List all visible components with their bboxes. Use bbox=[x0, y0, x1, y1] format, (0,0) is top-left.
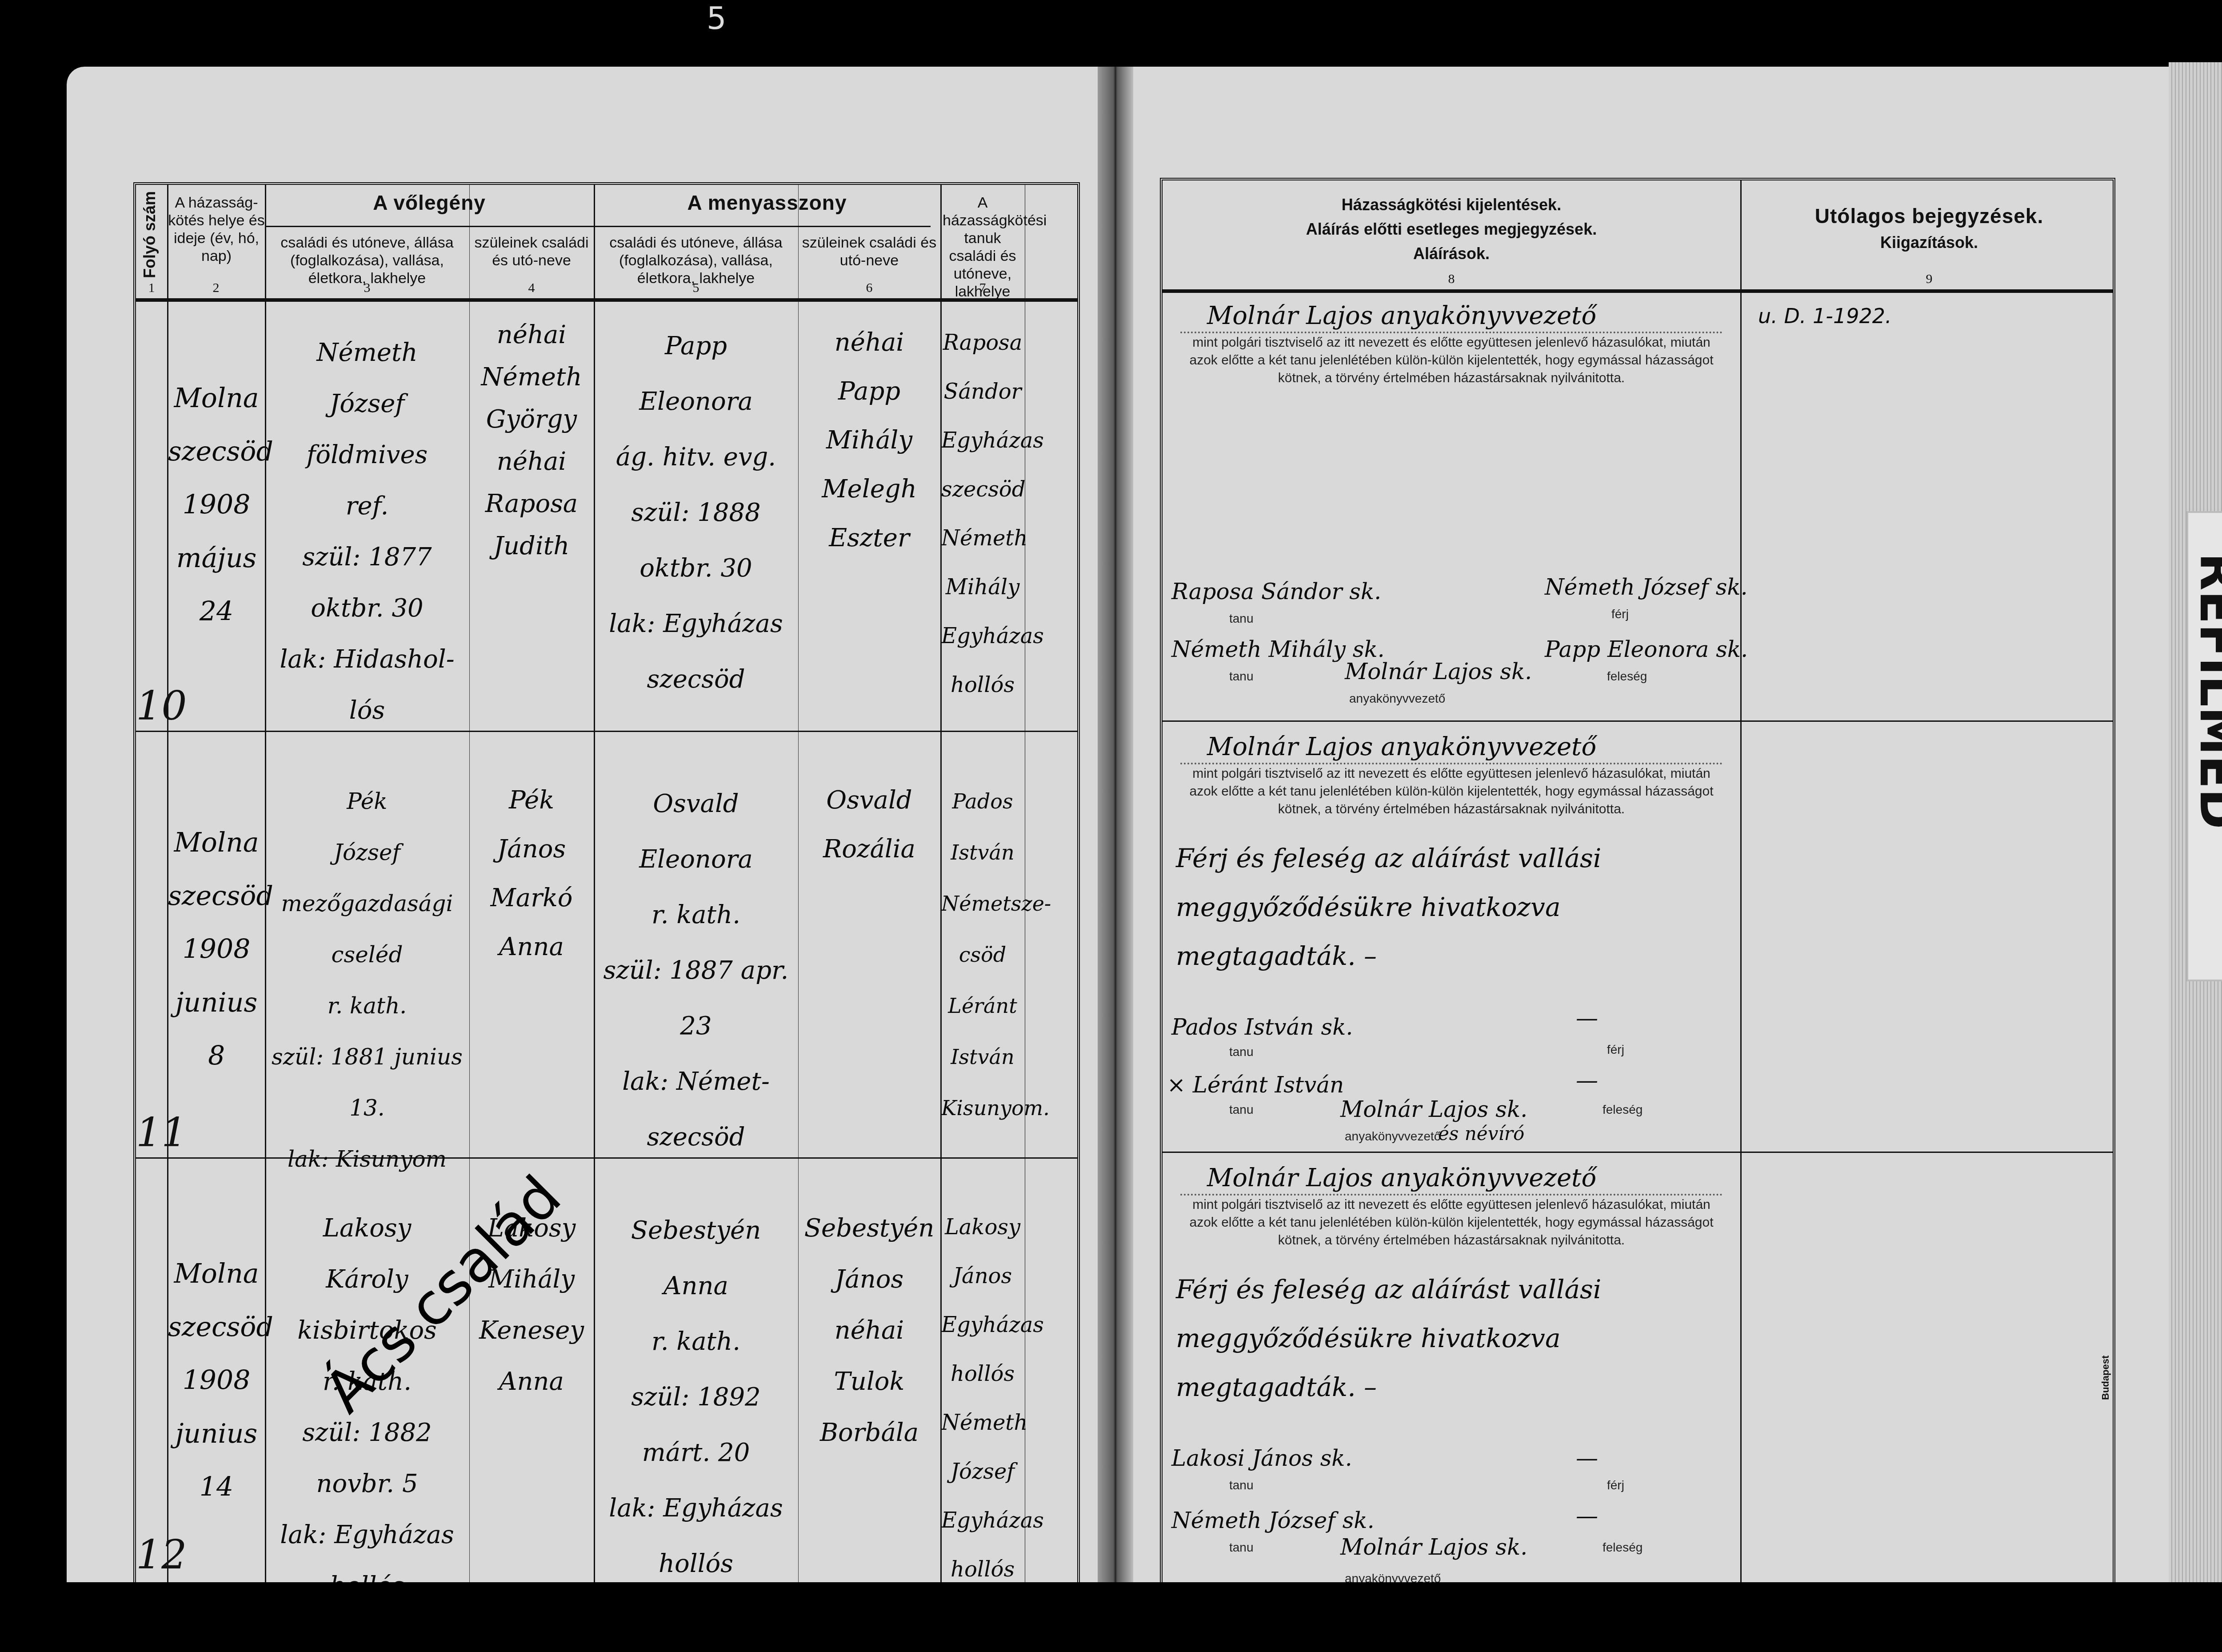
witness-label: tanu bbox=[1229, 669, 1254, 684]
registrar-line: Molnár Lajos anyakönyvvezető bbox=[1207, 732, 1596, 763]
intentionally-refilmed-stamp: INTENTIONALLY REFILMED bbox=[2186, 511, 2222, 981]
marriage-register-right-table: Házasságkötési kijelentések. Aláírás elő… bbox=[1160, 178, 2115, 1604]
signature-registrar: Molnár Lajos sk. bbox=[1345, 656, 1532, 687]
signature-wife: Papp Eleonora sk. bbox=[1545, 634, 1748, 665]
header-col2: A házasság-kötés helye és ideje (év, hó,… bbox=[168, 194, 265, 265]
later-entry-note: u. D. 1-1922. bbox=[1758, 300, 1892, 332]
declaration-text: mint polgári tisztviselő az itt nevezett… bbox=[1180, 765, 1722, 818]
entry-witnesses: Pados István Németsze- csöd Léránt Istvá… bbox=[941, 776, 1024, 1134]
header-col3: családi és utóneve, állása (foglalkozása… bbox=[267, 234, 467, 287]
header-col5: családi és utóneve, állása (foglalkozása… bbox=[596, 234, 796, 287]
entry-groom: Pék József mezőgazdasági cseléd r. kath.… bbox=[266, 776, 468, 1185]
entry-bride: Papp Eleonora ág. hitv. evg. szül: 1888 … bbox=[595, 318, 797, 707]
entry-place-date: Molna szecsöd 1908 junius 14 bbox=[168, 1247, 265, 1514]
dotted-line bbox=[1180, 763, 1722, 764]
col-number: 1 bbox=[136, 280, 167, 296]
header-col8-line1: Házasságkötési kijelentések. bbox=[1163, 196, 1740, 214]
entry-groom-parents: néhai Németh György néhai Raposa Judith bbox=[470, 314, 593, 567]
row-divider bbox=[1163, 720, 2113, 722]
entry-place-date: Molna szecsöd 1908 május 24 bbox=[168, 372, 265, 638]
signature-witness-1: Raposa Sándor sk. bbox=[1171, 576, 1381, 607]
book-gutter bbox=[1098, 67, 1133, 1649]
registrar-suffix: és névíró bbox=[1438, 1118, 1524, 1149]
wife-label: feleség bbox=[1607, 669, 1647, 684]
stamp-line-2: REFILMED bbox=[2189, 553, 2222, 829]
marriage-register-left-table: Folyó szám A házasság-kötés helye és ide… bbox=[133, 182, 1080, 1640]
husband-label: férj bbox=[1607, 1043, 1624, 1057]
col-number: 8 bbox=[1163, 272, 1740, 287]
dotted-line bbox=[1180, 1194, 1722, 1196]
col-number: 5 bbox=[594, 280, 798, 296]
registrar-line: Molnár Lajos anyakönyvvezető bbox=[1207, 300, 1596, 332]
declaration-text: mint polgári tisztviselő az itt nevezett… bbox=[1180, 1196, 1722, 1249]
col-number: 4 bbox=[469, 280, 594, 296]
entry-number: 10 bbox=[136, 683, 187, 729]
signature-registrar: Molnár Lajos sk. bbox=[1340, 1532, 1527, 1563]
entry-bride-parents: Sebestyén János néhai Tulok Borbála bbox=[799, 1203, 939, 1458]
entry-number: 12 bbox=[136, 1532, 187, 1578]
signature-witness-1: Pados István sk. bbox=[1171, 1012, 1353, 1043]
col-number: 2 bbox=[167, 280, 265, 296]
registrar-line: Molnár Lajos anyakönyvvezető bbox=[1207, 1163, 1596, 1194]
wife-label: feleség bbox=[1603, 1103, 1643, 1117]
printer-mark: Budapest bbox=[2100, 1356, 2111, 1400]
wife-label: feleség bbox=[1603, 1540, 1643, 1555]
header-bottom-rule bbox=[1163, 289, 2113, 293]
signature-husband: — bbox=[1576, 1443, 1598, 1474]
col-divider bbox=[469, 185, 470, 1637]
witness-label: tanu bbox=[1229, 1478, 1254, 1492]
declaration-text: mint polgári tisztviselő az itt nevezett… bbox=[1180, 334, 1722, 387]
header-col8-line2: Aláírás előtti esetleges megjegyzések. bbox=[1163, 220, 1740, 238]
header-col4: szüleinek családi és utó-neve bbox=[472, 234, 591, 269]
witness-label: tanu bbox=[1229, 1045, 1254, 1059]
entry-groom-parents: Pék János Markó Anna bbox=[470, 776, 593, 972]
header-col8-line3: Aláírások. bbox=[1163, 245, 1740, 263]
signature-witness-1: Lakosi János sk. bbox=[1171, 1443, 1352, 1474]
entry-place-date: Molna szecsöd 1908 junius 8 bbox=[168, 816, 265, 1083]
witness-label: tanu bbox=[1229, 1103, 1254, 1117]
entry-witnesses: Raposa Sándor Egyházas szecsöd Németh Mi… bbox=[941, 318, 1024, 709]
header-col9-line1: Utólagos bejegyzések. bbox=[1740, 207, 2118, 225]
husband-label: férj bbox=[1607, 1478, 1624, 1492]
remark-refusal: Férj és feleség az aláírást vallási megg… bbox=[1176, 834, 1727, 980]
header-col9-line2: Kiigazítások. bbox=[1740, 234, 2118, 252]
col-number: 6 bbox=[798, 280, 940, 296]
entry-bride-parents: Osvald Rozália bbox=[799, 776, 939, 874]
entry-bride: Osvald Eleonora r. kath. szül: 1887 apr.… bbox=[595, 776, 797, 1165]
header-bride-group: A menyasszony bbox=[594, 194, 940, 212]
witness-label: tanu bbox=[1229, 1540, 1254, 1555]
group-header-rule bbox=[265, 226, 931, 227]
entry-bride-parents: néhai Papp Mihály Melegh Eszter bbox=[799, 318, 939, 563]
witness-label: tanu bbox=[1229, 612, 1254, 626]
entry-bride: Sebestyén Anna r. kath. szül: 1892 márt.… bbox=[595, 1203, 797, 1592]
header-col1: Folyó szám bbox=[140, 191, 159, 278]
row-divider bbox=[1163, 1152, 2113, 1153]
col-divider bbox=[1740, 180, 1742, 1602]
remark-refusal: Férj és feleség az aláírást vallási megg… bbox=[1176, 1265, 1727, 1412]
col-number: 3 bbox=[265, 280, 469, 296]
col-number: 7 bbox=[940, 280, 1025, 296]
signature-wife: — bbox=[1576, 1065, 1598, 1096]
entry-witnesses: Lakosy János Egyházas hollós Németh Józs… bbox=[941, 1203, 1024, 1594]
signature-husband: Németh József sk. bbox=[1545, 572, 1748, 603]
page-number-mark: 5 bbox=[707, 0, 727, 36]
dotted-line bbox=[1180, 332, 1722, 333]
header-groom-group: A vőlegény bbox=[265, 194, 594, 212]
entry-groom: Németh József földmives ref. szül: 1877 … bbox=[266, 327, 468, 736]
col-number: 9 bbox=[1740, 272, 2118, 287]
header-bottom-rule bbox=[136, 298, 1077, 302]
registrar-label: anyakönyvvezető bbox=[1345, 1129, 1441, 1144]
entry-number: 11 bbox=[136, 1109, 187, 1156]
signature-husband: — bbox=[1576, 1003, 1598, 1034]
husband-label: férj bbox=[1611, 607, 1629, 621]
header-col6: szüleinek családi és utó-neve bbox=[800, 234, 938, 269]
scan-border bbox=[0, 1582, 2222, 1652]
signature-wife: — bbox=[1576, 1500, 1598, 1532]
col-divider bbox=[798, 185, 799, 1637]
registrar-label: anyakönyvvezető bbox=[1349, 692, 1445, 706]
signature-witness-2: × Léránt István bbox=[1167, 1069, 1344, 1100]
